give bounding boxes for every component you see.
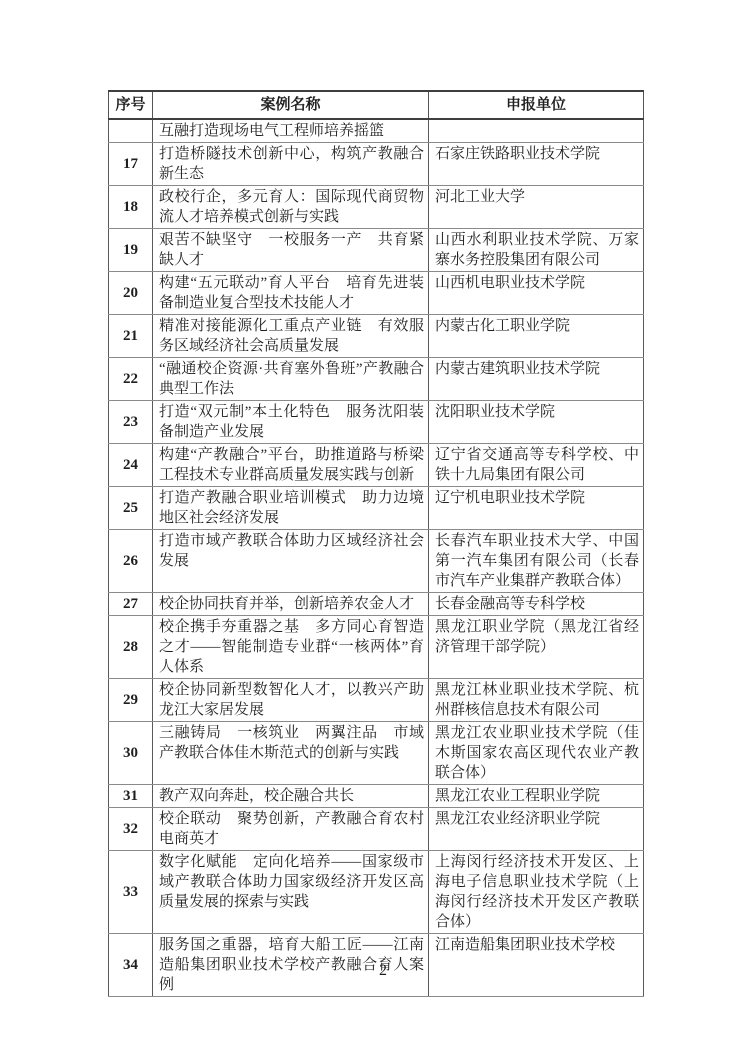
header-serial-number: 序号 [109, 91, 153, 119]
row-case-name: “融通校企资源·共育塞外鲁班”产教融合典型工作法 [153, 358, 429, 401]
table-row: 17 打造桥隧技术创新中心，构筑产教融合新生态 石家庄铁路职业技术学院 [109, 143, 644, 186]
row-case-name: 校企联动 聚势创新，产教融合育农村电商英才 [153, 808, 429, 851]
row-serial-number: 22 [109, 358, 153, 401]
row-reporting-unit: 辽宁省交通高等专科学校、中铁十九局集团有限公司 [429, 444, 644, 487]
table-row: 30 三融铸局 一核筑业 两翼注品 市域产教联合体佳木斯范式的创新与实践 黑龙江… [109, 722, 644, 785]
table-row: 25 打造产教融合职业培训模式 助力边境地区社会经济发展 辽宁机电职业技术学院 [109, 487, 644, 530]
row-serial-number: 27 [109, 593, 153, 616]
case-table: 序号 案例名称 申报单位 互融打造现场电气工程师培养摇篮 17 打造桥隧技术创新… [108, 90, 644, 997]
document-page: 序号 案例名称 申报单位 互融打造现场电气工程师培养摇篮 17 打造桥隧技术创新… [0, 0, 750, 1061]
row-serial-number: 30 [109, 722, 153, 785]
row-reporting-unit: 长春汽车职业技术大学、中国第一汽车集团有限公司（长春市汽车产业集群产教联合体） [429, 530, 644, 593]
table-row: 互融打造现场电气工程师培养摇篮 [109, 119, 644, 143]
row-reporting-unit: 黑龙江农业职业技术学院（佳木斯国家农高区现代农业产教联合体） [429, 722, 644, 785]
row-serial-number: 24 [109, 444, 153, 487]
table-row: 21 精准对接能源化工重点产业链 有效服务区域经济社会高质量发展 内蒙古化工职业… [109, 315, 644, 358]
header-reporting-unit: 申报单位 [429, 91, 644, 119]
row-serial-number: 20 [109, 272, 153, 315]
table-header-row: 序号 案例名称 申报单位 [109, 91, 644, 119]
row-reporting-unit: 内蒙古建筑职业技术学院 [429, 358, 644, 401]
table-row: 23 打造“双元制”本土化特色 服务沈阳装备制造产业发展 沈阳职业技术学院 [109, 401, 644, 444]
table-row: 20 构建“五元联动”育人平台 培育先进装备制造业复合型技术技能人才 山西机电职… [109, 272, 644, 315]
row-serial-number: 32 [109, 808, 153, 851]
row-case-name: 打造产教融合职业培训模式 助力边境地区社会经济发展 [153, 487, 429, 530]
table-row: 19 艰苦不缺坚守 一校服务一产 共育紧缺人才 山西水利职业技术学院、万家寨水务… [109, 229, 644, 272]
row-case-name: 构建“产教融合”平台，助推道路与桥梁工程技术专业群高质量发展实践与创新 [153, 444, 429, 487]
row-reporting-unit: 黑龙江林业职业技术学院、杭州群核信息技术有限公司 [429, 679, 644, 722]
page-number: 2 [0, 961, 750, 981]
row-case-name: 教产双向奔赴，校企融合共长 [153, 785, 429, 808]
row-reporting-unit: 沈阳职业技术学院 [429, 401, 644, 444]
row-serial-number: 23 [109, 401, 153, 444]
table-row: 26 打造市域产教联合体助力区域经济社会发展 长春汽车职业技术大学、中国第一汽车… [109, 530, 644, 593]
row-serial-number [109, 119, 153, 143]
row-case-name: 校企协同扶育并举，创新培养农金人才 [153, 593, 429, 616]
row-case-name: 艰苦不缺坚守 一校服务一产 共育紧缺人才 [153, 229, 429, 272]
table-row: 22 “融通校企资源·共育塞外鲁班”产教融合典型工作法 内蒙古建筑职业技术学院 [109, 358, 644, 401]
row-case-name: 三融铸局 一核筑业 两翼注品 市域产教联合体佳木斯范式的创新与实践 [153, 722, 429, 785]
row-case-name: 校企携手夯重器之基 多方同心育智造之才——智能制造专业群“一核两体”育人体系 [153, 616, 429, 679]
table-row: 29 校企协同新型数智化人才，以教兴产助龙江大家居发展 黑龙江林业职业技术学院、… [109, 679, 644, 722]
row-case-name: 打造市域产教联合体助力区域经济社会发展 [153, 530, 429, 593]
row-serial-number: 28 [109, 616, 153, 679]
row-serial-number: 29 [109, 679, 153, 722]
row-reporting-unit: 黑龙江农业经济职业学院 [429, 808, 644, 851]
row-case-name: 构建“五元联动”育人平台 培育先进装备制造业复合型技术技能人才 [153, 272, 429, 315]
row-serial-number: 25 [109, 487, 153, 530]
row-reporting-unit: 辽宁机电职业技术学院 [429, 487, 644, 530]
table-row: 24 构建“产教融合”平台，助推道路与桥梁工程技术专业群高质量发展实践与创新 辽… [109, 444, 644, 487]
row-reporting-unit: 内蒙古化工职业学院 [429, 315, 644, 358]
table-row: 27 校企协同扶育并举，创新培养农金人才 长春金融高等专科学校 [109, 593, 644, 616]
row-reporting-unit: 山西水利职业技术学院、万家寨水务控股集团有限公司 [429, 229, 644, 272]
row-case-name: 校企协同新型数智化人才，以教兴产助龙江大家居发展 [153, 679, 429, 722]
table-row: 28 校企携手夯重器之基 多方同心育智造之才——智能制造专业群“一核两体”育人体… [109, 616, 644, 679]
row-reporting-unit: 长春金融高等专科学校 [429, 593, 644, 616]
row-case-name: 数字化赋能 定向化培养——国家级市域产教联合体助力国家级经济开发区高质量发展的探… [153, 851, 429, 934]
row-case-name: 打造“双元制”本土化特色 服务沈阳装备制造产业发展 [153, 401, 429, 444]
table-row: 18 政校行企，多元育人：国际现代商贸物流人才培养模式创新与实践 河北工业大学 [109, 186, 644, 229]
row-serial-number: 19 [109, 229, 153, 272]
table-row: 32 校企联动 聚势创新，产教融合育农村电商英才 黑龙江农业经济职业学院 [109, 808, 644, 851]
row-serial-number: 31 [109, 785, 153, 808]
row-reporting-unit: 河北工业大学 [429, 186, 644, 229]
row-reporting-unit: 上海闵行经济技术开发区、上海电子信息职业技术学院（上海闵行经济技术开发区产教联合… [429, 851, 644, 934]
table-body: 互融打造现场电气工程师培养摇篮 17 打造桥隧技术创新中心，构筑产教融合新生态 … [109, 119, 644, 997]
row-reporting-unit: 石家庄铁路职业技术学院 [429, 143, 644, 186]
row-reporting-unit [429, 119, 644, 143]
header-case-name: 案例名称 [153, 91, 429, 119]
row-case-name: 互融打造现场电气工程师培养摇篮 [153, 119, 429, 143]
row-serial-number: 18 [109, 186, 153, 229]
row-reporting-unit: 黑龙江农业工程职业学院 [429, 785, 644, 808]
row-reporting-unit: 山西机电职业技术学院 [429, 272, 644, 315]
row-case-name: 打造桥隧技术创新中心，构筑产教融合新生态 [153, 143, 429, 186]
table-row: 31 教产双向奔赴，校企融合共长 黑龙江农业工程职业学院 [109, 785, 644, 808]
row-case-name: 精准对接能源化工重点产业链 有效服务区域经济社会高质量发展 [153, 315, 429, 358]
row-serial-number: 21 [109, 315, 153, 358]
row-case-name: 政校行企，多元育人：国际现代商贸物流人才培养模式创新与实践 [153, 186, 429, 229]
row-serial-number: 33 [109, 851, 153, 934]
table-row: 33 数字化赋能 定向化培养——国家级市域产教联合体助力国家级经济开发区高质量发… [109, 851, 644, 934]
row-serial-number: 17 [109, 143, 153, 186]
row-serial-number: 26 [109, 530, 153, 593]
row-reporting-unit: 黑龙江职业学院（黑龙江省经济管理干部学院） [429, 616, 644, 679]
